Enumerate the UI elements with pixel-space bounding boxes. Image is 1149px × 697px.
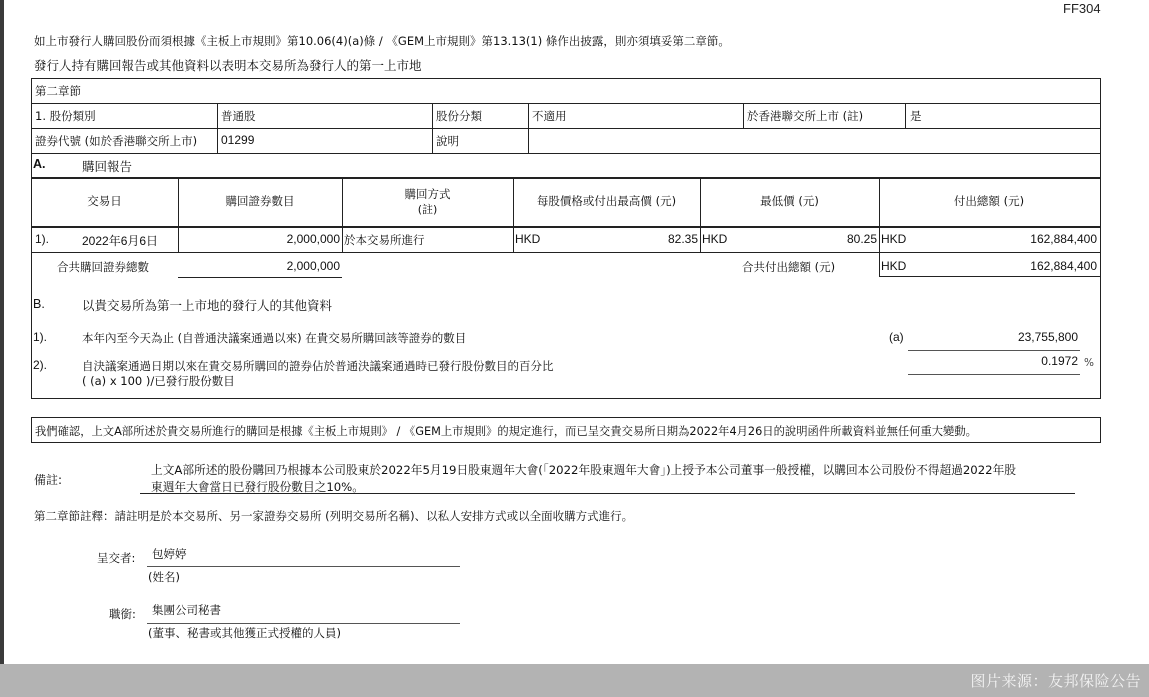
item1-text: 本年內至今天為止 (自普通決議案通過以來) 在貴交易所購回該等證券的數目 (82, 330, 466, 346)
total-paid-value: 162,884,400 (879, 259, 1097, 273)
row-method: 於本交易所進行 (344, 232, 425, 248)
subtitle: 發行人持有購回報告或其他資料以表明本交易所為發行人的第一上市地 (34, 56, 422, 74)
title-value: 集團公司秘書 (152, 602, 221, 618)
col-header-date: 交易日 (31, 193, 178, 209)
listed-value: 是 (910, 108, 922, 124)
classification-label: 股份分類 (436, 108, 482, 124)
col-header-method-note: (註) (342, 201, 513, 217)
col-header-total: 付出總額 (元) (879, 193, 1099, 209)
total-paid-label: 合共付出總額 (元) (742, 259, 835, 275)
part-b-title: 以貴交易所為第一上市地的發行人的其他資料 (82, 296, 332, 314)
footer-band: 图片来源：友邦保险公告 (0, 664, 1149, 697)
submitted-by-label: 呈交者: (97, 550, 135, 566)
col-header-quantity: 購回證券數目 (178, 193, 342, 209)
part-a-letter: A. (33, 157, 46, 171)
row-quantity: 2,000,000 (178, 232, 340, 246)
total-qty-value: 2,000,000 (178, 259, 340, 273)
image-source-watermark: 图片来源：友邦保险公告 (970, 670, 1141, 691)
viewer-left-edge (0, 0, 4, 664)
title-label: 職銜: (109, 606, 136, 622)
item2-index: 2). (33, 358, 47, 372)
classification-value: 不適用 (532, 108, 567, 124)
form-code: FF304 (1063, 1, 1101, 16)
row-index: 1). (35, 232, 49, 246)
share-class-label: 1. 股份類別 (35, 108, 96, 124)
item2-unit: % (1084, 357, 1094, 369)
col-header-low-price: 最低價 (元) (700, 193, 879, 209)
chapter-note: 第二章節註釋：請註明是於本交易所、另一家證券交易所 (列明交易所名稱)、以私人安… (34, 508, 633, 524)
item2-value: 0.1972 (908, 354, 1078, 368)
total-qty-label: 合共購回證券總數 (57, 259, 149, 275)
item1-value: 23,755,800 (908, 330, 1078, 344)
listed-label: 於香港聯交所上市 (註) (747, 108, 863, 124)
submitted-by-value: 包婷婷 (152, 546, 187, 562)
row-date: 2022年6月6日 (82, 232, 158, 249)
item1-index: 1). (33, 330, 47, 344)
intro-text: 如上市發行人購回股份而須根據《主板上市規則》第10.06(4)(a)條 / 《G… (34, 33, 730, 49)
col-header-high-price: 每股價格或付出最高價 (元) (513, 193, 700, 209)
confirmation-text: 我們確認，上文A部所述於貴交易所進行的購回是根據《主板上市規則》 / 《GEM上… (35, 423, 977, 439)
row-low-price: 80.25 (700, 232, 877, 246)
share-class-value: 普通股 (221, 108, 256, 124)
row-high-price: 82.35 (513, 232, 698, 246)
part-b-letter: B. (33, 297, 45, 311)
part-a-title: 購回報告 (82, 157, 132, 175)
title-caption: (董事、秘書或其他獲正式授權的人員) (148, 625, 341, 641)
name-caption: (姓名) (148, 569, 180, 585)
description-label: 說明 (436, 133, 459, 149)
item2-text-line2: ( (a) x 100 )/已發行股份數目 (82, 373, 235, 389)
stock-code-value: 01299 (221, 133, 254, 147)
stock-code-label: 證券代號 (如於香港聯交所上市) (35, 133, 197, 149)
item1-tag: (a) (889, 330, 904, 344)
remarks-label: 備註: (34, 471, 62, 488)
row-total: 162,884,400 (879, 232, 1097, 246)
item2-text-line1: 自決議案通過日期以來在貴交易所購回的證券佔於普通決議案通過時已發行股份數目的百分… (82, 358, 554, 374)
remarks-line1: 上文A部所述的股份購回乃根據本公司股東於2022年5月19日股東週年大會(「20… (151, 462, 1016, 478)
section-title: 第二章節 (35, 83, 81, 99)
col-header-method: 購回方式 (342, 186, 513, 202)
